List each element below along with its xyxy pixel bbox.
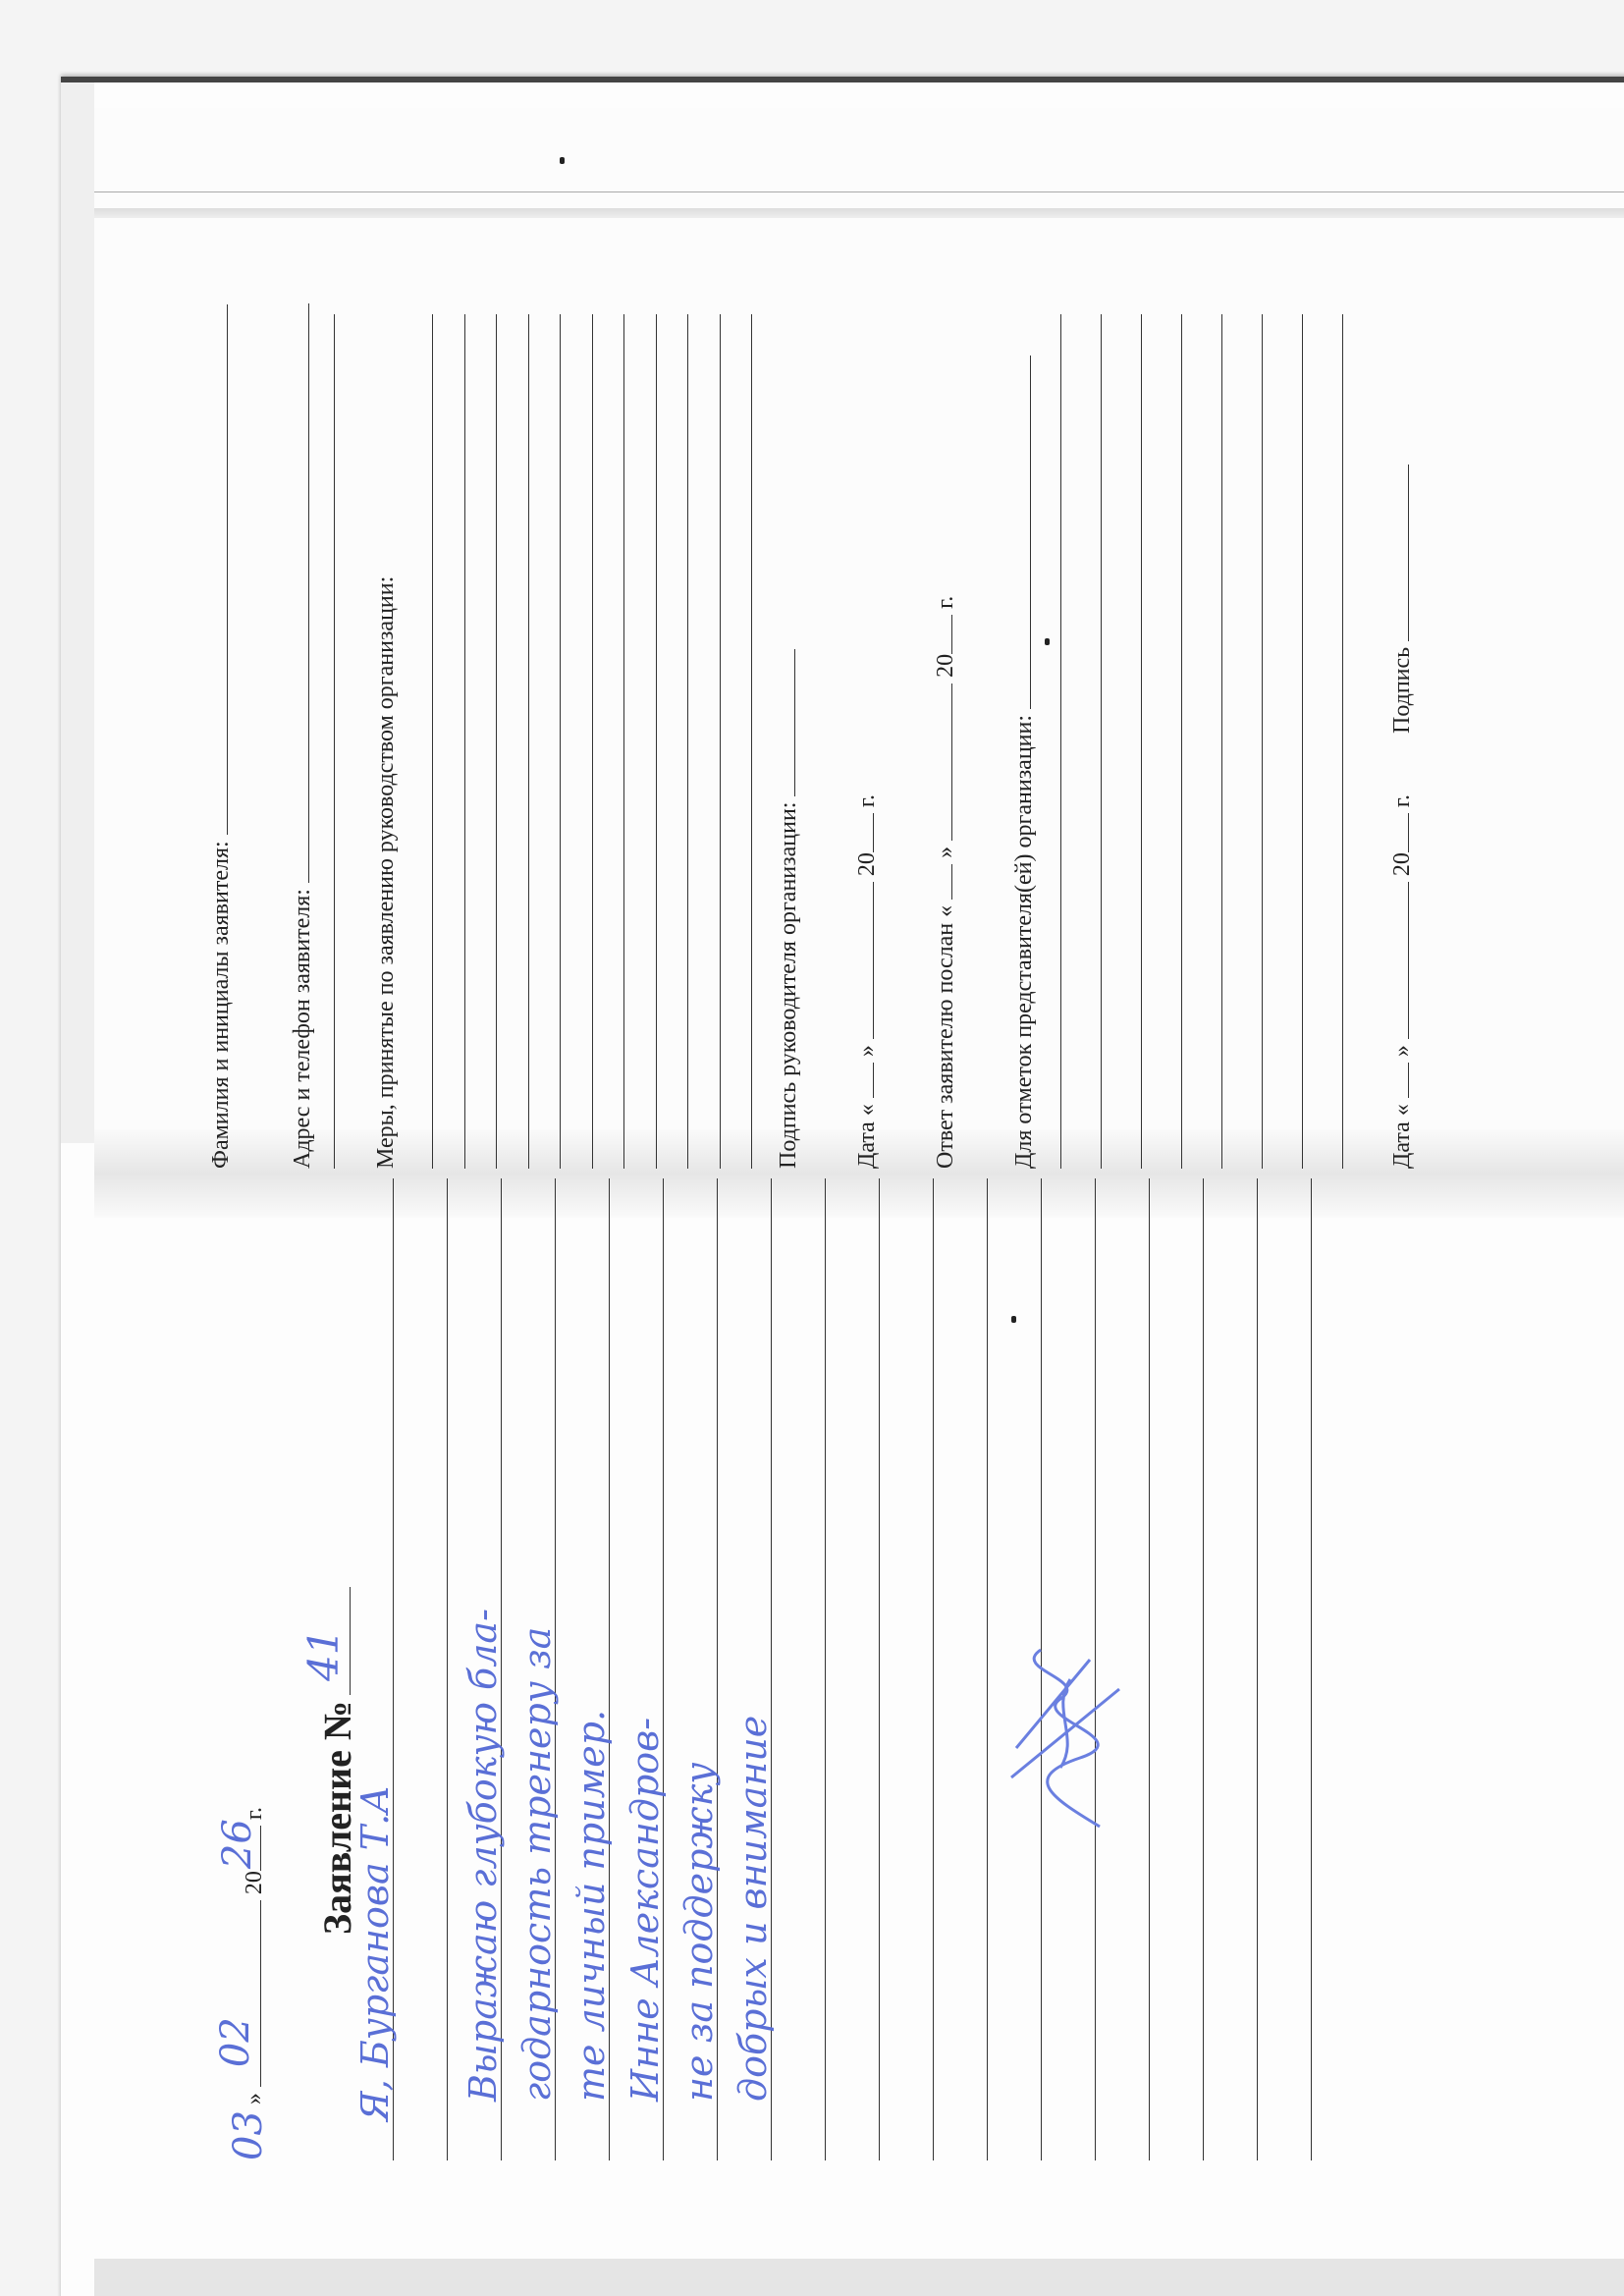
date2-prefix: Дата «: [1389, 1104, 1415, 1169]
ruled-line[interactable]: [432, 314, 433, 1169]
date2-year-blank[interactable]: [1408, 813, 1409, 852]
ruled-line[interactable]: [1302, 314, 1303, 1169]
ruled-line[interactable]: [1311, 1178, 1312, 2160]
date-month-handwritten: 02: [213, 2017, 258, 2067]
page-edge-stack: [94, 208, 1624, 218]
date-field-1[interactable]: Дата « » 20 г.: [854, 794, 881, 1169]
application-date[interactable]: 03 » 02 2026 г.: [226, 1807, 271, 2160]
date1-month-blank[interactable]: [873, 882, 874, 1039]
ruled-line[interactable]: [656, 314, 657, 1169]
notes-field[interactable]: Для отметок представителя(ей) организаци…: [1011, 355, 1038, 1169]
ruled-line[interactable]: [933, 1178, 934, 2160]
date2-month-blank[interactable]: [1408, 882, 1409, 1039]
signature-label: Подпись: [1389, 647, 1415, 734]
date2-year: 20: [1389, 852, 1415, 876]
date-year-blank[interactable]: 26: [260, 1826, 261, 1871]
head-signature-label: Подпись руководителя организации:: [776, 802, 801, 1169]
measures-label: Меры, принятые по заявлению руководством…: [373, 576, 400, 1169]
date-field-2[interactable]: Дата « » 20 г. Подпись: [1389, 465, 1416, 1169]
ruled-line[interactable]: [720, 314, 721, 1169]
reply-day-blank[interactable]: [951, 864, 952, 900]
date1-prefix: Дата «: [854, 1104, 880, 1169]
date1-year-blank[interactable]: [873, 813, 874, 852]
application-number-handwritten: 41: [299, 1628, 348, 1680]
applicant-name-blank[interactable]: [227, 304, 228, 835]
scan-speck: [560, 157, 565, 164]
ruled-line[interactable]: [1181, 314, 1182, 1169]
date1-close: »: [854, 1045, 880, 1057]
ruled-line[interactable]: [592, 314, 593, 1169]
date2-day-blank[interactable]: [1408, 1063, 1409, 1098]
ruled-line[interactable]: [751, 314, 752, 1169]
applicant-name-label: Фамилия и инициалы заявителя:: [208, 841, 234, 1169]
ruled-line[interactable]: [623, 314, 624, 1169]
ruled-line[interactable]: [464, 314, 465, 1169]
ruled-line[interactable]: [447, 1178, 448, 2160]
notes-label: Для отметок представителя(ей) организаци…: [1011, 715, 1037, 1169]
page-edge-line: [94, 191, 1624, 192]
reply-year: 20: [933, 654, 958, 678]
ruled-line[interactable]: [1060, 314, 1061, 1169]
handwritten-line: добрых и внимание: [731, 1716, 775, 2102]
handwritten-line: годарность тренеру за: [515, 1627, 559, 2102]
response-form-page: Фамилия и инициалы заявителя: Адрес и те…: [196, 304, 1571, 1169]
bottom-edge: [94, 2259, 1624, 2296]
date2-unit: г.: [1389, 794, 1415, 807]
date-year-handwritten: 26: [215, 1819, 260, 1869]
ruled-line[interactable]: [687, 314, 688, 1169]
application-number-blank[interactable]: 41: [350, 1587, 351, 1695]
date1-day-blank[interactable]: [873, 1063, 874, 1098]
signature-icon: [992, 1640, 1139, 1836]
ruled-line[interactable]: [879, 1178, 880, 2160]
ruled-line[interactable]: [1149, 1178, 1150, 2160]
application-page: 03 » 02 2026 г. Заявление № 41 Я, Бурган…: [206, 1178, 1620, 2160]
ruled-line[interactable]: [1101, 314, 1102, 1169]
applicant-address-blank[interactable]: [308, 303, 309, 883]
ruled-line[interactable]: [1221, 314, 1222, 1169]
reply-year-blank[interactable]: [951, 615, 952, 654]
handwritten-line: Выражаю глубокую бла-: [461, 1609, 505, 2102]
handwritten-line: Я, Бурганова Т.А: [353, 1785, 397, 2121]
ruled-line[interactable]: [560, 314, 561, 1169]
ruled-line[interactable]: [1203, 1178, 1204, 2160]
handwritten-line: Инне Александров-: [623, 1718, 667, 2102]
reply-month-blank[interactable]: [951, 683, 952, 841]
reply-sent-field[interactable]: Ответ заявителю послан « » 20 г.: [933, 596, 959, 1169]
date1-unit: г.: [854, 794, 880, 807]
applicant-address-label: Адрес и телефон заявителя:: [290, 889, 315, 1169]
handwritten-line: не за поддержку: [677, 1763, 721, 2102]
measures-label-text: Меры, принятые по заявлению руководством…: [373, 576, 399, 1169]
ruled-line[interactable]: [1342, 314, 1343, 1169]
date-close-quote: »: [242, 2093, 267, 2105]
head-signature-blank[interactable]: [794, 649, 795, 796]
ruled-line[interactable]: [496, 314, 497, 1169]
applicant-address-field[interactable]: Адрес и телефон заявителя:: [290, 303, 316, 1169]
applicant-name-field[interactable]: Фамилия и инициалы заявителя:: [208, 304, 235, 1169]
address-line-2[interactable]: [334, 314, 335, 1169]
signature-blank[interactable]: [1408, 465, 1409, 641]
ruled-line[interactable]: [987, 1178, 988, 2160]
notes-blank[interactable]: [1030, 355, 1031, 709]
date-day-handwritten: 03: [226, 2110, 271, 2160]
date2-close: »: [1389, 1045, 1415, 1057]
ruled-line[interactable]: [1257, 1178, 1258, 2160]
book-edge: [61, 82, 94, 1143]
ruled-line[interactable]: [1141, 314, 1142, 1169]
date1-year: 20: [854, 852, 880, 876]
ruled-line[interactable]: [528, 314, 529, 1169]
date-year-prefix: 20: [242, 1871, 267, 1894]
head-signature-field[interactable]: Подпись руководителя организации:: [776, 649, 802, 1169]
ruled-line[interactable]: [825, 1178, 826, 2160]
reply-sent-prefix: Ответ заявителю послан «: [933, 905, 958, 1169]
ruled-line[interactable]: [1262, 314, 1263, 1169]
reply-close: »: [933, 847, 958, 858]
date-month-blank[interactable]: 02: [260, 1900, 261, 2087]
handwritten-line: те личный пример.: [569, 1710, 613, 2102]
reply-unit: г.: [933, 596, 958, 609]
